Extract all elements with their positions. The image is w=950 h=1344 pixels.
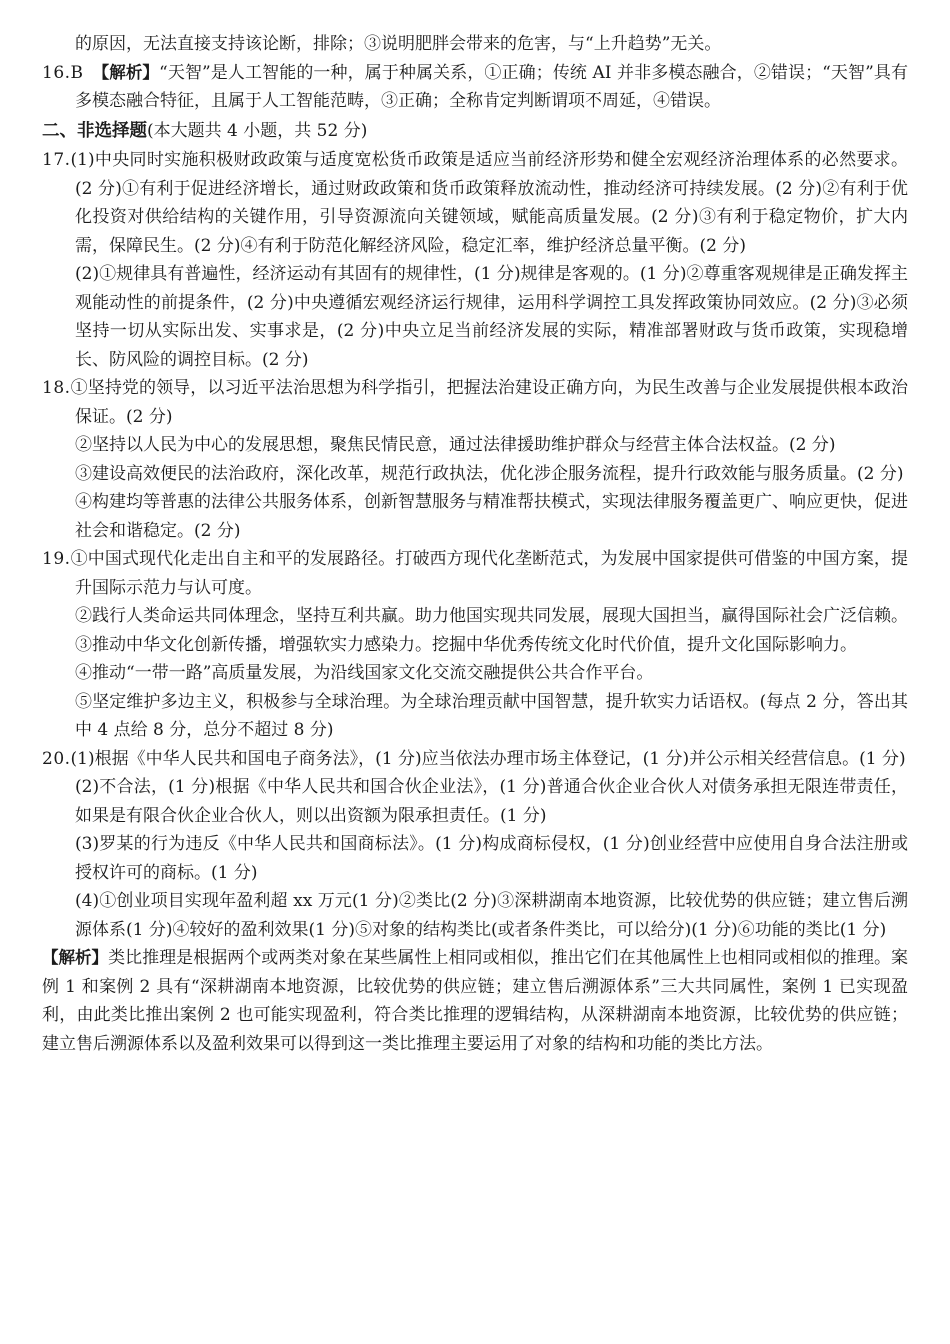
answer-19-point2: ②践行人类命运共同体理念，坚持互利共赢。助力他国实现共同发展，展现大国担当，赢得… bbox=[42, 602, 908, 631]
answer-19-point4: ④推动“一带一路”高质量发展，为沿线国家文化交流交融提供公共合作平台。 bbox=[42, 659, 908, 688]
answer-20-number: 20. bbox=[42, 749, 71, 769]
answer-17: 17.(1)中央同时实施积极财政政策与适度宽松货币政策是适应当前经济形势和健全宏… bbox=[42, 146, 908, 374]
answer-18-number: 18. bbox=[42, 378, 71, 398]
section-2-header: 二、非选择题(本大题共 4 小题，共 52 分) bbox=[42, 117, 908, 146]
answer-19-point5: ⑤坚定维护多边主义，积极参与全球治理。为全球治理贡献中国智慧，提升软实力话语权。… bbox=[42, 688, 908, 745]
answer-19: 19.①中国式现代化走出自主和平的发展路径。打破西方现代化垄断范式，为发展中国家… bbox=[42, 545, 908, 745]
answer-18-point3: ③建设高效便民的法治政府，深化改革，规范行政执法，优化涉企服务流程，提升行政效能… bbox=[42, 460, 908, 489]
section-2-subtitle: (本大题共 4 小题，共 52 分) bbox=[147, 121, 367, 141]
answer-20-part1: 20.(1)根据《中华人民共和国电子商务法》，(1 分)应当依法办理市场主体登记… bbox=[42, 745, 908, 774]
answer-19-number: 19. bbox=[42, 549, 71, 569]
answer-20-analysis: 【解析】类比推理是根据两个或两类对象在某些属性上相同或相似，推出它们在其他属性上… bbox=[42, 944, 908, 1058]
answer-18-point1: 18.①坚持党的领导，以习近平法治思想为科学指引，把握法治建设正确方向，为民生改… bbox=[42, 374, 908, 431]
answer-20-part1-text: (1)根据《中华人民共和国电子商务法》，(1 分)应当依法办理市场主体登记，(1… bbox=[71, 749, 906, 769]
answer-18-point2: ②坚持以人民为中心的发展思想，聚焦民情民意，通过法律援助维护群众与经营主体合法权… bbox=[42, 431, 908, 460]
section-2-title: 二、非选择题 bbox=[42, 121, 147, 141]
answer-18-point1-text: ①坚持党的领导，以习近平法治思想为科学指引，把握法治建设正确方向，为民生改善与企… bbox=[71, 378, 908, 427]
answer-16-text: “天智”是人工智能的一种，属于种属关系，①正确；传统 AI 并非多模态融合，②错… bbox=[75, 63, 908, 112]
answer-15-continuation: 的原因，无法直接支持该论断，排除；③说明肥胖会带来的危害，与“上升趋势”无关。 bbox=[42, 30, 908, 59]
answer-19-point1: 19.①中国式现代化走出自主和平的发展路径。打破西方现代化垄断范式，为发展中国家… bbox=[42, 545, 908, 602]
answer-17-number: 17. bbox=[42, 150, 71, 170]
exam-answer-key-page: 的原因，无法直接支持该论断，排除；③说明肥胖会带来的危害，与“上升趋势”无关。 … bbox=[0, 0, 950, 1344]
answer-17-part1: 17.(1)中央同时实施积极财政政策与适度宽松货币政策是适应当前经济形势和健全宏… bbox=[42, 146, 908, 260]
answer-20-analysis-text: 类比推理是根据两个或两类对象在某些属性上相同或相似，推出它们在其他属性上也相同或… bbox=[42, 948, 908, 1054]
answer-20: 20.(1)根据《中华人民共和国电子商务法》，(1 分)应当依法办理市场主体登记… bbox=[42, 745, 908, 945]
answer-18-point4: ④构建均等普惠的法律公共服务体系，创新智慧服务与精准帮扶模式，实现法律服务覆盖更… bbox=[42, 488, 908, 545]
answer-16-number: 16.B bbox=[42, 63, 84, 83]
answer-19-point3: ③推动中华文化创新传播，增强软实力感染力。挖掘中华优秀传统文化时代价值，提升文化… bbox=[42, 631, 908, 660]
answer-20-part3: (3)罗某的行为违反《中华人民共和国商标法》。(1 分)构成商标侵权，(1 分)… bbox=[42, 830, 908, 887]
answer-20-part2: (2)不合法，(1 分)根据《中华人民共和国合伙企业法》，(1 分)普通合伙企业… bbox=[42, 773, 908, 830]
answer-20-part4: (4)①创业项目实现年盈利超 xx 万元(1 分)②类比(2 分)③深耕湖南本地… bbox=[42, 887, 908, 944]
answer-18: 18.①坚持党的领导，以习近平法治思想为科学指引，把握法治建设正确方向，为民生改… bbox=[42, 374, 908, 545]
answer-17-part1-text: (1)中央同时实施积极财政政策与适度宽松货币政策是适应当前经济形势和健全宏观经济… bbox=[71, 150, 908, 256]
answer-16-analysis-label: 【解析】 bbox=[93, 63, 160, 82]
answer-16: 16.B【解析】“天智”是人工智能的一种，属于种属关系，①正确；传统 AI 并非… bbox=[42, 59, 908, 116]
answer-20-analysis-label: 【解析】 bbox=[42, 948, 108, 967]
answer-17-part2: (2)①规律具有普遍性，经济运动有其固有的规律性，(1 分)规律是客观的。(1 … bbox=[42, 260, 908, 374]
answer-19-point1-text: ①中国式现代化走出自主和平的发展路径。打破西方现代化垄断范式，为发展中国家提供可… bbox=[71, 549, 908, 598]
